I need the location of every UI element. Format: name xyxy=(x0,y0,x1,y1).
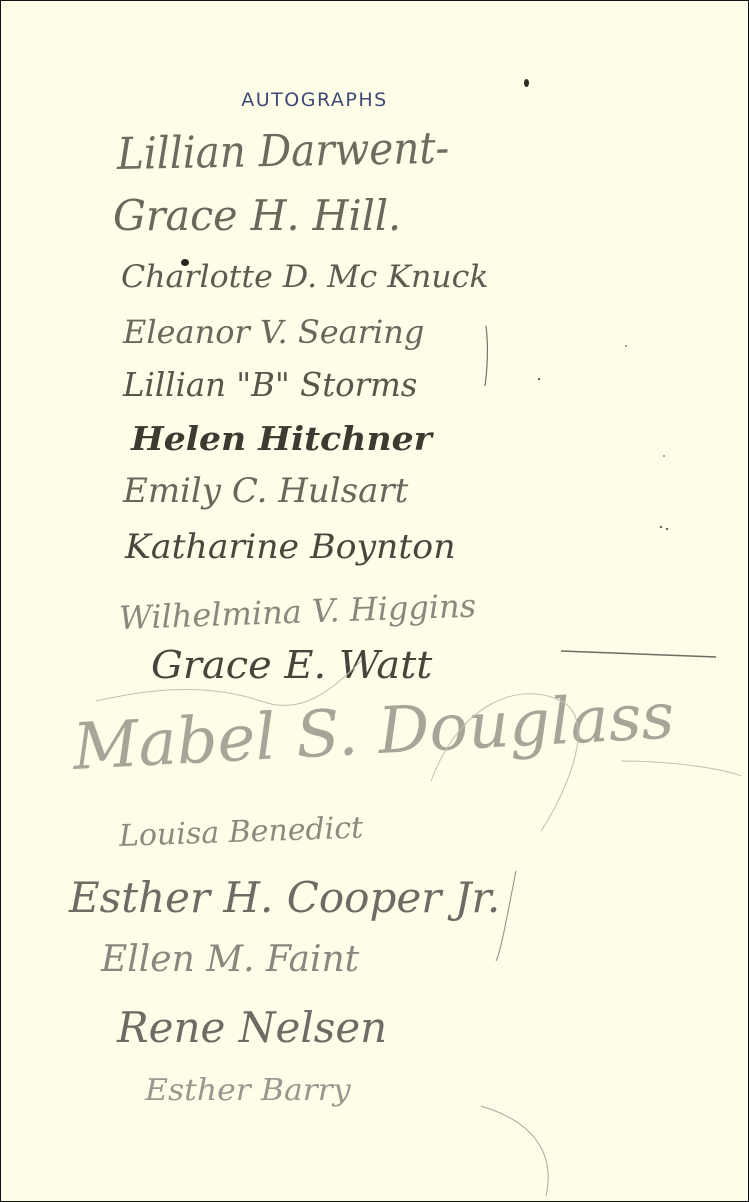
signature: Rene Nelsen xyxy=(117,1003,387,1052)
signature: Lillian "B" Storms xyxy=(123,365,417,404)
signature: Wilhelmina V. Higgins xyxy=(118,587,476,637)
signature: Esther H. Cooper Jr. xyxy=(69,873,500,922)
signature: Grace H. Hill. xyxy=(113,191,401,240)
signature: Eleanor V. Searing xyxy=(123,313,424,351)
signature: Emily C. Hulsart xyxy=(123,471,408,511)
autograph-page: AUTOGRAPHS Lillian Darwent- Grace H. Hil… xyxy=(0,0,749,1202)
page-heading-container: AUTOGRAPHS xyxy=(1,89,748,111)
signature: Ellen M. Faint xyxy=(101,939,359,980)
signature: Lillian Darwent- xyxy=(117,123,450,180)
signature: Esther Barry xyxy=(145,1073,351,1108)
page-heading: AUTOGRAPHS xyxy=(241,89,387,111)
signature: Helen Hitchner xyxy=(131,419,432,458)
ink-blot xyxy=(524,79,529,87)
signature: Grace E. Watt xyxy=(151,643,432,687)
signature: Louisa Benedict xyxy=(118,810,363,854)
signature: Mabel S. Douglass xyxy=(71,680,676,785)
signature: Katharine Boynton xyxy=(125,527,456,567)
signature: Charlotte D. Mc Knuck xyxy=(121,259,489,295)
